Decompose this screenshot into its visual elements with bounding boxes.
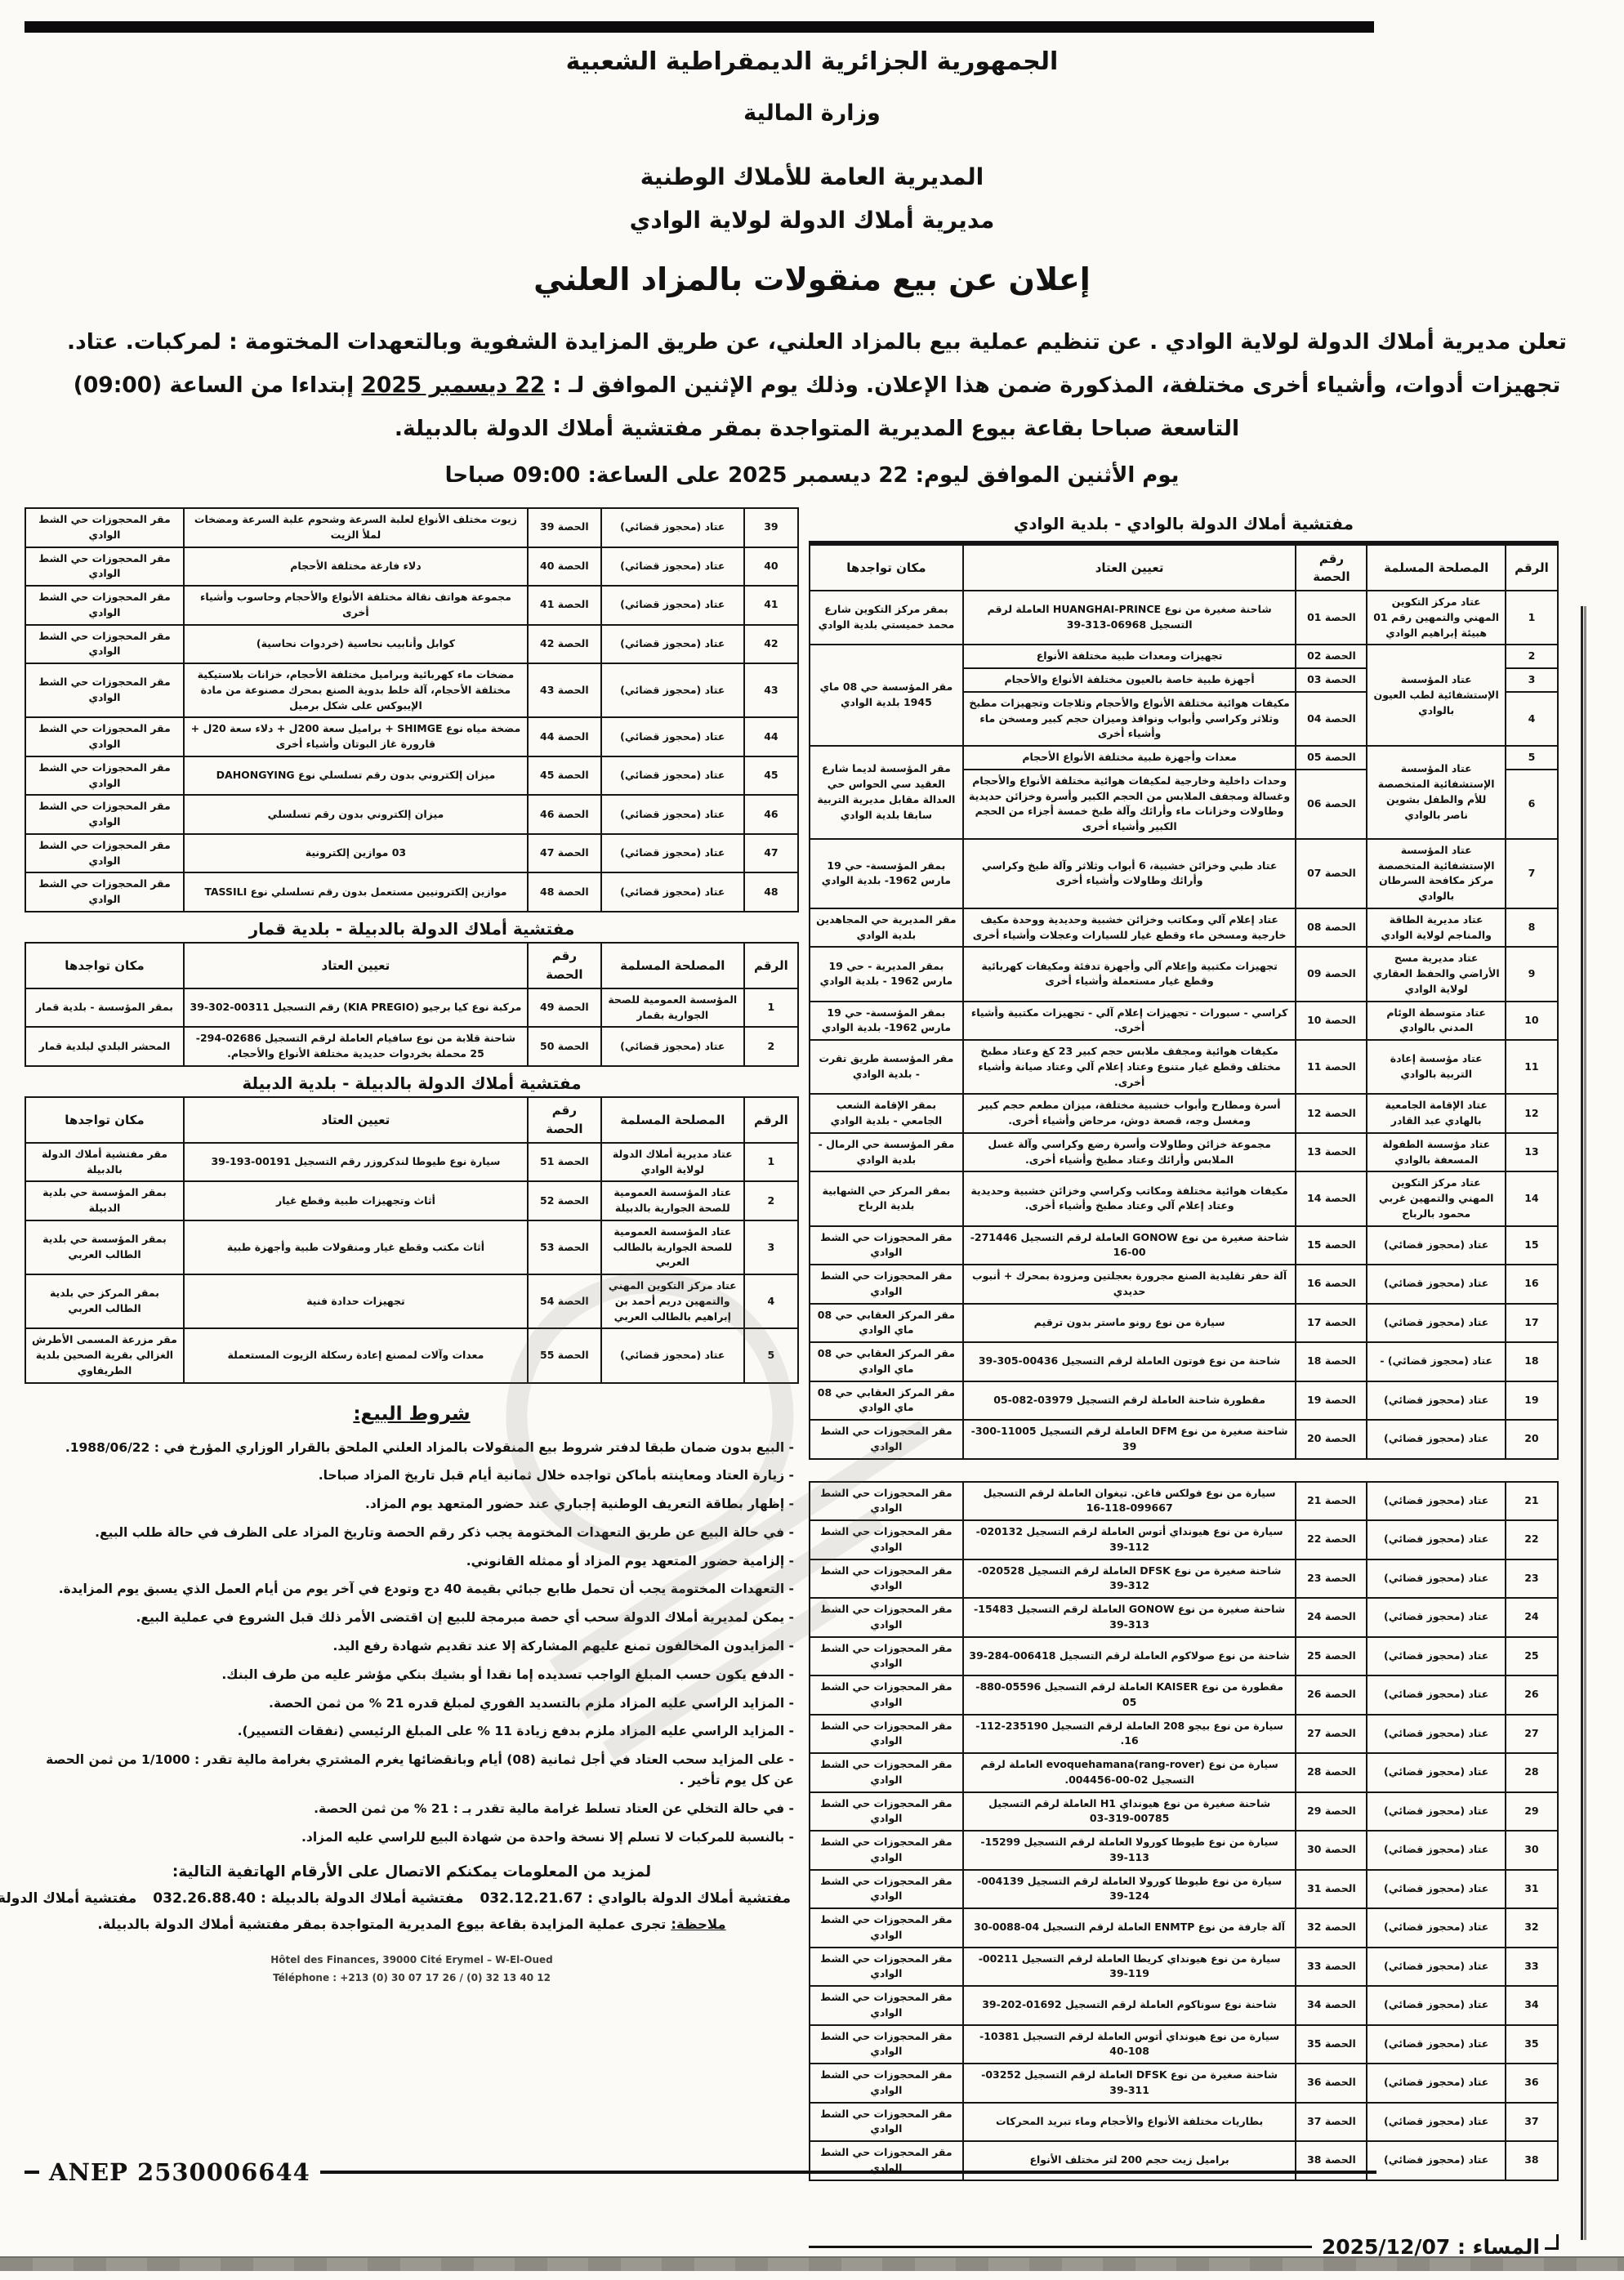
lot-number-cell: الحصة 04: [1296, 692, 1367, 746]
row-number: 44: [744, 717, 798, 756]
designation-cell: سيارة من نوع بيجو 208 العاملة لرقم التسج…: [963, 1715, 1296, 1754]
location-cell: مقر المحجوزات حي الشط الوادي: [25, 663, 184, 717]
column-header: تعيين العتاد: [184, 943, 528, 988]
lot-number-cell: الحصة 42: [528, 625, 601, 664]
address-line2: Téléphone : +213 (0) 30 07 17 26 / (0) 3…: [25, 1970, 799, 1988]
table-row: 41عتاد (محجوز قضائي)الحصة 41مجموعة هواتف…: [25, 586, 798, 625]
lot-number-cell: الحصة 21: [1296, 1482, 1367, 1521]
service-cell: عتاد المؤسسة الإستشفائية لطب العيون بالو…: [1367, 645, 1505, 746]
table-row: 45عتاد (محجوز قضائي)الحصة 45ميزان إلكترو…: [25, 756, 798, 796]
state-domains-line: مديرية أملاك الدولة لولاية الوادي: [0, 207, 1624, 234]
service-cell: عتاد مؤسسة الطفولة المسعفة بالوادي: [1367, 1133, 1505, 1172]
location-cell: بمقر المؤسسة حي بلدية الدبيلة: [25, 1181, 184, 1220]
row-number: 5: [744, 1328, 798, 1382]
table-row: 1عتاد مركز التكوين المهني والتمهين رقم 0…: [810, 591, 1558, 645]
lot-number-cell: الحصة 51: [528, 1143, 601, 1182]
service-cell: عتاد (محجوز قضائي): [1367, 2025, 1505, 2064]
designation-cell: مضخة مياه نوع SHIMGE + براميل سعة 200ل +…: [184, 717, 528, 756]
service-cell: عتاد (محجوز قضائي): [1367, 1637, 1505, 1676]
row-number: 13: [1506, 1133, 1558, 1172]
announcement-page: الجمهورية الجزائرية الديمقراطية الشعبية …: [0, 0, 1624, 2280]
location-cell: المحشر البلدي لبلدية قمار: [25, 1027, 184, 1066]
row-number: 3: [1506, 668, 1558, 692]
row-number: 11: [1506, 1040, 1558, 1094]
location-cell: بمقر المؤسسة حي بلدية الطالب العربي: [25, 1220, 184, 1274]
table-row: 24عتاد (محجوز قضائي)الحصة 24شاحنة صغيرة …: [810, 1598, 1558, 1637]
service-cell: عتاد (محجوز قضائي): [601, 547, 744, 587]
note-text: تجرى عملية المزايدة بقاعة بيوع المديرية …: [97, 1916, 666, 1932]
designation-cell: مكيفات هوائية مختلفة الأنواع والأحجام وث…: [963, 692, 1296, 746]
row-number: 19: [1506, 1381, 1558, 1421]
designation-cell: سيارة من نوع هيونداي أتوس العاملة لرقم ا…: [963, 1520, 1296, 1559]
designation-cell: شاحنة صغيرة من نوع DFSK العاملة لرقم الت…: [963, 1559, 1296, 1599]
address-line1: Hôtel des Finances, 39000 Cité Erymel – …: [25, 1952, 799, 1970]
table-row: 35عتاد (محجوز قضائي)الحصة 35سيارة من نوع…: [810, 2025, 1558, 2064]
designation-cell: تجهيزات مكتبية وإعلام آلي وأجهزة تدفئة و…: [963, 947, 1296, 1001]
location-cell: مقر المحجوزات حي الشط الوادي: [810, 1420, 963, 1459]
table-row: 2عتاد المؤسسة الإستشفائية لطب العيون بال…: [810, 645, 1558, 668]
lot-number-cell: الحصة 24: [1296, 1598, 1367, 1637]
location-cell: بمقر المؤسسة - بلدية قمار: [25, 988, 184, 1028]
designation-cell: موازين إلكترونيين مستعمل بدون رقم تسلسلي…: [184, 872, 528, 912]
designation-cell: سيارة من نوع فولكس فاغن. تيغوان العاملة …: [963, 1482, 1296, 1521]
designation-cell: أسرة ومطارح وأبواب خشبية مختلفة، ميزان م…: [963, 1094, 1296, 1133]
row-number: 34: [1506, 1986, 1558, 2025]
condition-item: زيارة العتاد ومعاينته بأماكن تواجده خلال…: [25, 1466, 794, 1486]
designation-cell: تجهيزات ومعدات طبية مختلفة الأنواع: [963, 645, 1296, 668]
table-row: 3عتاد المؤسسة العمومية للصحة الجوارية با…: [25, 1220, 798, 1274]
designation-cell: سيارة نوع طيوطا لندكروزر رقم التسجيل 001…: [184, 1143, 528, 1182]
designation-cell: كوابل وأنابيب نحاسية (خردوات نحاسية): [184, 625, 528, 664]
row-number: 32: [1506, 1908, 1558, 1948]
designation-cell: معدات وأجهزة طبية مختلفة الأنواع الأحجام: [963, 746, 1296, 770]
column-header: المصلحة المسلمة: [1367, 545, 1505, 591]
service-cell: عتاد (محجوز قضائي): [601, 663, 744, 717]
table-row: 33عتاد (محجوز قضائي)الحصة 33سيارة من نوع…: [810, 1948, 1558, 1987]
conditions-heading: شروط البيع:: [25, 1403, 799, 1425]
column-header: رقم الحصة: [528, 1097, 601, 1143]
lot-number-cell: الحصة 33: [1296, 1948, 1367, 1987]
lot-number-cell: الحصة 10: [1296, 1002, 1367, 1041]
left-column: 39عتاد (محجوز قضائي)الحصة 39زيوت مختلف ا…: [25, 507, 799, 1988]
row-number: 37: [1506, 2103, 1558, 2142]
table-row: 5عتاد المؤسسة الإستشفائية المتخصصة للأم …: [810, 746, 1558, 770]
lot-number-cell: الحصة 50: [528, 1027, 601, 1066]
table-row: 39عتاد (محجوز قضائي)الحصة 39زيوت مختلف ا…: [25, 508, 798, 547]
datestamp-line: [809, 2246, 1312, 2249]
address-block: Hôtel des Finances, 39000 Cité Erymel – …: [25, 1952, 799, 1987]
location-cell: مقر مفتشية أملاك الدولة بالدبيلة: [25, 1143, 184, 1182]
designation-cell: مقطورة شاحنة العاملة لرقم التسجيل 03979-…: [963, 1381, 1296, 1421]
location-cell: مقر المحجوزات حي الشط الوادي: [810, 1226, 963, 1265]
table-row: 31عتاد (محجوز قضائي)الحصة 31سيارة من نوع…: [810, 1870, 1558, 1909]
table-row: 13عتاد مؤسسة الطفولة المسعفة بالواديالحص…: [810, 1133, 1558, 1172]
ministry-line: وزارة المالية: [0, 100, 1624, 126]
guemar-section-title: مفتشية أملاك الدولة بالدبيلة - بلدية قما…: [25, 919, 799, 939]
row-number: 20: [1506, 1420, 1558, 1459]
lot-number-cell: الحصة 15: [1296, 1226, 1367, 1265]
table-gap: [809, 1460, 1559, 1481]
location-cell: مقر المحجوزات حي الشط الوادي: [25, 756, 184, 796]
column-header: مكان تواجدها: [810, 545, 963, 591]
intro-paragraph: تعلن مديرية أملاك الدولة لولاية الوادي .…: [57, 320, 1577, 450]
column-header: الرقم: [1506, 545, 1558, 591]
datestamp-text: المساء : 2025/12/07: [1322, 2235, 1540, 2259]
row-number: 26: [1506, 1675, 1558, 1715]
lot-number-cell: الحصة 30: [1296, 1831, 1367, 1870]
lot-number-cell: الحصة 02: [1296, 645, 1367, 668]
lot-number-cell: الحصة 49: [528, 988, 601, 1028]
lot-number-cell: الحصة 32: [1296, 1908, 1367, 1948]
designation-cell: مجموعة هواتف نقالة مختلفة الأنواع والأحج…: [184, 586, 528, 625]
anep-number: ANEP 2530006644: [49, 2158, 310, 2186]
table-row: 23عتاد (محجوز قضائي)الحصة 23شاحنة صغيرة …: [810, 1559, 1558, 1599]
lot-number-cell: الحصة 34: [1296, 1986, 1367, 2025]
oued-table-part2: 21عتاد (محجوز قضائي)الحصة 21سيارة من نوع…: [809, 1481, 1559, 2181]
condition-item: التعهدات المختومة يجب أن تحمل طابع جبائي…: [25, 1579, 794, 1600]
location-cell: بمقر المديرية - حي 19 مارس 1962 - بلدية …: [810, 947, 963, 1001]
service-cell: عتاد (محجوز قضائي) -: [1367, 1342, 1505, 1381]
service-cell: عتاد مديرية أملاك الدولة لولاية الوادي: [601, 1143, 744, 1182]
designation-cell: سيارة من نوع هيونداي أتوس العاملة لرقم ا…: [963, 2025, 1296, 2064]
lot-number-cell: الحصة 45: [528, 756, 601, 796]
row-number: 3: [744, 1220, 798, 1274]
condition-item: يمكن لمديرية أملاك الدولة سحب أي حصة مبر…: [25, 1608, 794, 1628]
table-row: 1عتاد مديرية أملاك الدولة لولاية الواديا…: [25, 1143, 798, 1182]
lot-number-cell: الحصة 16: [1296, 1265, 1367, 1304]
right-column: مفتشية أملاك الدولة بالوادي - بلدية الوا…: [809, 507, 1559, 2181]
location-cell: مقر المحجوزات حي الشط الوادي: [810, 1831, 963, 1870]
location-cell: مقر المحجوزات حي الشط الوادي: [810, 1948, 963, 1987]
table-row: 2عتاد (محجوز قضائي)الحصة 50شاحنة قلابة م…: [25, 1027, 798, 1066]
row-number: 21: [1506, 1482, 1558, 1521]
service-cell: عتاد (محجوز قضائي): [601, 756, 744, 796]
lot-number-cell: الحصة 27: [1296, 1715, 1367, 1754]
service-cell: عتاد (محجوز قضائي): [601, 508, 744, 547]
phone-entry: مفتشية أملاك الدولة بالوادي : 032.12.21.…: [480, 1890, 791, 1907]
location-cell: مقر المحجوزات حي الشط الوادي: [25, 834, 184, 873]
phone-entry: مفتشية أملاك الدولة بقمار: 032 23.41.98: [0, 1890, 136, 1907]
designation-cell: آلة حفر تقليدية الصنع مجرورة بعجلتين ومز…: [963, 1265, 1296, 1304]
designation-cell: تجهيزات حدادة فنية: [184, 1274, 528, 1328]
table-row: 19عتاد (محجوز قضائي)الحصة 19مقطورة شاحنة…: [810, 1381, 1558, 1421]
service-cell: عتاد (محجوز قضائي): [601, 1027, 744, 1066]
location-cell: مقر المؤسسة حي 08 ماي 1945 بلدية الوادي: [810, 645, 963, 746]
row-number: 42: [744, 625, 798, 664]
designation-cell: ميزان إلكتروني بدون رقم تسلسلي نوع DAHON…: [184, 756, 528, 796]
row-number: 40: [744, 547, 798, 587]
lot-number-cell: الحصة 14: [1296, 1171, 1367, 1225]
designation-cell: عتاد إعلام آلي ومكاتب وخزائن خشبية وحديد…: [963, 908, 1296, 948]
row-number: 45: [744, 756, 798, 796]
row-number: 7: [1506, 839, 1558, 908]
location-cell: بمقر المركز حي بلدية الطالب العربي: [25, 1274, 184, 1328]
top-scan-bar: [25, 21, 1374, 33]
lot-number-cell: الحصة 05: [1296, 746, 1367, 770]
location-cell: مقر المحجوزات حي الشط الوادي: [810, 1675, 963, 1715]
location-cell: مقر المديرية حي المجاهدين بلدية الوادي: [810, 908, 963, 948]
lot-number-cell: الحصة 39: [528, 508, 601, 547]
row-number: 35: [1506, 2025, 1558, 2064]
service-cell: عتاد مؤسسة إعادة التربية بالوادي: [1367, 1040, 1505, 1094]
lot-number-cell: الحصة 13: [1296, 1133, 1367, 1172]
designation-cell: وحدات داخلية وخارجية لمكيفات هوائية مختل…: [963, 770, 1296, 839]
row-number: 1: [744, 988, 798, 1028]
lot-number-cell: الحصة 18: [1296, 1342, 1367, 1381]
location-cell: مقر المحجوزات حي الشط الوادي: [810, 1265, 963, 1304]
lot-number-cell: الحصة 44: [528, 717, 601, 756]
row-number: 1: [1506, 591, 1558, 645]
anep-line: [320, 2171, 1376, 2174]
table-row: 44عتاد (محجوز قضائي)الحصة 44مضخة مياه نو…: [25, 717, 798, 756]
condition-item: المزايدون المخالفون تمنع عليهم المشاركة …: [25, 1636, 794, 1657]
row-number: 6: [1506, 770, 1558, 839]
location-cell: مقر المحجوزات حي الشط الوادي: [25, 586, 184, 625]
service-cell: عتاد (محجوز قضائي): [1367, 1908, 1505, 1948]
table-row: 30عتاد (محجوز قضائي)الحصة 30سيارة من نوع…: [810, 1831, 1558, 1870]
auction-date-underlined: 22 ديسمبر 2025: [361, 373, 545, 398]
service-cell: عتاد (محجوز قضائي): [1367, 1226, 1505, 1265]
designation-cell: سيارة من نوع هيونداي كريطا العاملة لرقم …: [963, 1948, 1296, 1987]
row-number: 36: [1506, 2064, 1558, 2103]
service-cell: عتاد المؤسسة العمومية للصحة الجوارية بال…: [601, 1181, 744, 1220]
service-cell: عتاد (محجوز قضائي): [1367, 1675, 1505, 1715]
condition-item: إظهار بطاقة التعريف الوطنية إجباري عند ح…: [25, 1494, 794, 1515]
designation-cell: شاحنة من نوع صولاكوم العاملة لرقم التسجي…: [963, 1637, 1296, 1676]
debila-table: الرقمالمصلحة المسلمةرقم الحصةتعيين العتا…: [25, 1096, 799, 1384]
service-cell: عتاد (محجوز قضائي): [1367, 2064, 1505, 2103]
service-cell: عتاد متوسطة الوئام المدني بالوادي: [1367, 1002, 1505, 1041]
designation-cell: مكيفات هوائية مختلفة ومكاتب وكراسي وخزائ…: [963, 1171, 1296, 1225]
lot-number-cell: الحصة 26: [1296, 1675, 1367, 1715]
location-cell: مقر المحجوزات حي الشط الوادي: [25, 508, 184, 547]
service-cell: عتاد (محجوز قضائي): [1367, 1870, 1505, 1909]
condition-item: بالنسبة للمركبات لا تسلم إلا نسخة واحدة …: [25, 1827, 794, 1848]
designation-cell: شاحنة صغيرة من نوع هيونداي H1 العاملة لر…: [963, 1792, 1296, 1832]
row-number: 33: [1506, 1948, 1558, 1987]
table-row: 14عتاد مركز التكوين المهني والتمهين غربي…: [810, 1171, 1558, 1225]
row-number: 29: [1506, 1792, 1558, 1832]
location-cell: مقر مزرعة المسمى الأطرش الغزالي بقرية ال…: [25, 1328, 184, 1382]
location-cell: مقر المحجوزات حي الشط الوادي: [810, 1986, 963, 2025]
designation-cell: مقطورة من نوع KAISER العاملة لرقم التسجي…: [963, 1675, 1296, 1715]
column-header: تعيين العتاد: [184, 1097, 528, 1143]
table-row: 32عتاد (محجوز قضائي)الحصة 32آلة جارفة من…: [810, 1908, 1558, 1948]
designation-cell: شاحنة صغيرة من نوع GONOW العاملة لرقم ال…: [963, 1226, 1296, 1265]
row-number: 1: [744, 1143, 798, 1182]
designation-cell: شاحنة صغيرة من نوع GONOW العاملة لرقم ال…: [963, 1598, 1296, 1637]
lot-number-cell: الحصة 11: [1296, 1040, 1367, 1094]
debila-section-title: مفتشية أملاك الدولة بالدبيلة - بلدية الد…: [25, 1073, 799, 1093]
location-cell: بمقر المؤسسة- حي 19 مارس 1962- بلدية الو…: [810, 1002, 963, 1041]
lot-number-cell: الحصة 03: [1296, 668, 1367, 692]
condition-item: في حالة التخلي عن العتاد تسلط غرامة مالي…: [25, 1799, 794, 1819]
condition-item: الدفع يكون حسب المبلغ الواجب تسديده إما …: [25, 1665, 794, 1685]
lot-number-cell: الحصة 47: [528, 834, 601, 873]
lot-number-cell: الحصة 46: [528, 795, 601, 834]
service-cell: عتاد (محجوز قضائي): [1367, 1559, 1505, 1599]
column-header: الرقم: [744, 1097, 798, 1143]
table-row: 48عتاد (محجوز قضائي)الحصة 48موازين إلكتر…: [25, 872, 798, 912]
service-cell: عتاد (محجوز قضائي): [601, 1328, 744, 1382]
service-cell: عتاد (محجوز قضائي): [1367, 1792, 1505, 1832]
designation-cell: آلة جارفة من نوع ENMTP العاملة لرقم التس…: [963, 1908, 1296, 1948]
designation-cell: بطاريات مختلفة الأنواع والأحجام وماء تبر…: [963, 2103, 1296, 2142]
designation-cell: ميزان إلكتروني بدون رقم تسلسلي: [184, 795, 528, 834]
condition-item: المزايد الراسي عليه المزاد ملزم بالتسديد…: [25, 1693, 794, 1714]
service-cell: عتاد (محجوز قضائي): [1367, 1265, 1505, 1304]
table-row: 37عتاد (محجوز قضائي)الحصة 37بطاريات مختل…: [810, 2103, 1558, 2142]
note-line: ملاحظة:تجرى عملية المزايدة بقاعة بيوع ال…: [25, 1916, 799, 1932]
table-row: 25عتاد (محجوز قضائي)الحصة 25شاحنة من نوع…: [810, 1637, 1558, 1676]
two-column-layout: 39عتاد (محجوز قضائي)الحصة 39زيوت مختلف ا…: [0, 507, 1624, 2181]
condition-item: في حالة البيع عن طريق التعهدات المختومة …: [25, 1523, 794, 1543]
table-row: 15عتاد (محجوز قضائي)الحصة 15شاحنة صغيرة …: [810, 1226, 1558, 1265]
column-header: مكان تواجدها: [25, 943, 184, 988]
table-header-row: الرقمالمصلحة المسلمةرقم الحصةتعيين العتا…: [25, 1097, 798, 1143]
lot-number-cell: الحصة 07: [1296, 839, 1367, 908]
service-cell: عتاد (محجوز قضائي): [1367, 1986, 1505, 2025]
condition-item: على المزايد سحب العتاد في أجل ثمانية (08…: [25, 1750, 794, 1791]
location-cell: مقر المحجوزات حي الشط الوادي: [810, 1559, 963, 1599]
row-number: 2: [744, 1181, 798, 1220]
lot-number-cell: الحصة 35: [1296, 2025, 1367, 2064]
column-header: مكان تواجدها: [25, 1097, 184, 1143]
table-row: 11عتاد مؤسسة إعادة التربية بالواديالحصة …: [810, 1040, 1558, 1094]
lot-number-cell: الحصة 43: [528, 663, 601, 717]
location-cell: مقر المحجوزات حي الشط الوادي: [25, 872, 184, 912]
lot-number-cell: الحصة 22: [1296, 1520, 1367, 1559]
datestamp-hook: [1545, 2234, 1559, 2250]
row-number: 2: [744, 1027, 798, 1066]
lot-number-cell: الحصة 29: [1296, 1792, 1367, 1832]
location-cell: مقر المحجوزات حي الشط الوادي: [810, 2103, 963, 2142]
guemar-table: الرقمالمصلحة المسلمةرقم الحصةتعيين العتا…: [25, 942, 799, 1067]
designation-cell: 03 موازين إلكترونية: [184, 834, 528, 873]
contact-heading: لمزيد من المعلومات يمكنكم الاتصال على ال…: [25, 1863, 799, 1881]
table-row: 28عتاد (محجوز قضائي)الحصة 28سيارة من نوع…: [810, 1753, 1558, 1792]
service-cell: عتاد (محجوز قضائي): [601, 834, 744, 873]
row-number: 18: [1506, 1342, 1558, 1381]
column-header: رقم الحصة: [1296, 545, 1367, 591]
service-cell: عتاد (محجوز قضائي): [1367, 2141, 1505, 2180]
service-cell: عتاد (محجوز قضائي): [601, 717, 744, 756]
table-row: 10عتاد متوسطة الوئام المدني بالواديالحصة…: [810, 1002, 1558, 1041]
location-cell: مقر المحجوزات حي الشط الوادي: [810, 1870, 963, 1909]
row-number: 12: [1506, 1094, 1558, 1133]
directorate-general-line: المديرية العامة للأملاك الوطنية: [0, 163, 1624, 190]
designation-cell: أثاث مكتب وقطع غيار ومنقولات طبية وأجهزة…: [184, 1220, 528, 1274]
designation-cell: شاحنة قلابة من نوع سافيام العاملة لرقم ا…: [184, 1027, 528, 1066]
row-number: 4: [744, 1274, 798, 1328]
row-number: 27: [1506, 1715, 1558, 1754]
table-row: 2عتاد المؤسسة العمومية للصحة الجوارية با…: [25, 1181, 798, 1220]
service-cell: عتاد مركز التكوين المهني والتمهين غربي م…: [1367, 1171, 1505, 1225]
row-number: 15: [1506, 1226, 1558, 1265]
location-cell: مقر المحجوزات حي الشط الوادي: [810, 1520, 963, 1559]
designation-cell: مكيفات هوائية ومجفف ملابس حجم كبير 23 كغ…: [963, 1040, 1296, 1094]
note-label: ملاحظة:: [671, 1916, 725, 1932]
column-header: المصلحة المسلمة: [601, 1097, 744, 1143]
location-cell: مقر المحجوزات حي الشط الوادي: [810, 1598, 963, 1637]
service-cell: عتاد (محجوز قضائي): [601, 586, 744, 625]
location-cell: مقر المحجوزات حي الشط الوادي: [25, 795, 184, 834]
service-cell: عتاد (محجوز قضائي): [601, 872, 744, 912]
lot-number-cell: الحصة 23: [1296, 1559, 1367, 1599]
republic-line: الجمهورية الجزائرية الديمقراطية الشعبية: [0, 47, 1624, 76]
oued-table-continued: 39عتاد (محجوز قضائي)الحصة 39زيوت مختلف ا…: [25, 507, 799, 912]
column-header: المصلحة المسلمة: [601, 943, 744, 988]
service-cell: المؤسسة العمومية للصحة الجوارية بقمار: [601, 988, 744, 1028]
table-row: 21عتاد (محجوز قضائي)الحصة 21سيارة من نوع…: [810, 1482, 1558, 1521]
row-number: 48: [744, 872, 798, 912]
designation-cell: مجموعة خزائن وطاولات وأسرة رضع وكراسي وآ…: [963, 1133, 1296, 1172]
lot-number-cell: الحصة 54: [528, 1274, 601, 1328]
announcement-title: إعلان عن بيع منقولات بالمزاد العلني: [0, 261, 1624, 297]
table-row: 36عتاد (محجوز قضائي)الحصة 36شاحنة صغيرة …: [810, 2064, 1558, 2103]
row-number: 16: [1506, 1265, 1558, 1304]
row-number: 4: [1506, 692, 1558, 746]
row-number: 31: [1506, 1870, 1558, 1909]
location-cell: مقر المحجوزات حي الشط الوادي: [810, 1715, 963, 1754]
location-cell: مقر المحجوزات حي الشط الوادي: [810, 1792, 963, 1832]
designation-cell: أجهزة طبية خاصة بالعيون مختلفة الأنواع و…: [963, 668, 1296, 692]
lot-number-cell: الحصة 48: [528, 872, 601, 912]
service-cell: عتاد (محجوز قضائي): [1367, 1598, 1505, 1637]
location-cell: مقر المركز العقابي حي 08 ماي الوادي: [810, 1304, 963, 1343]
table-row: 18عتاد (محجوز قضائي) -الحصة 18شاحنة من ن…: [810, 1342, 1558, 1381]
row-number: 47: [744, 834, 798, 873]
location-cell: مقر المؤسسة حي الرمال - بلدية الوادي: [810, 1133, 963, 1172]
row-number: 5: [1506, 746, 1558, 770]
condition-item: البيع بدون ضمان طبقا لدفتر شروط بيع المن…: [25, 1438, 794, 1458]
designation-cell: زيوت مختلف الأنواع لعلبة السرعة وشحوم عل…: [184, 508, 528, 547]
designation-cell: شاحنة صغيرة من نوع HUANGHAI-PRINCE العام…: [963, 591, 1296, 645]
location-cell: مقر المحجوزات حي الشط الوادي: [810, 1637, 963, 1676]
designation-cell: شاحنة من نوع فوتون العاملة لرقم التسجيل …: [963, 1342, 1296, 1381]
row-number: 41: [744, 586, 798, 625]
lot-number-cell: الحصة 41: [528, 586, 601, 625]
table-row: 22عتاد (محجوز قضائي)الحصة 22سيارة من نوع…: [810, 1520, 1558, 1559]
oued-table-part1: الرقمالمصلحة المسلمةرقم الحصةتعيين العتا…: [809, 544, 1559, 1460]
service-cell: عتاد الإقامة الجامعية بالهادي عبد القادر: [1367, 1094, 1505, 1133]
lot-number-cell: الحصة 36: [1296, 2064, 1367, 2103]
header-block: الجمهورية الجزائرية الديمقراطية الشعبية …: [0, 0, 1624, 297]
table-row: 12عتاد الإقامة الجامعية بالهادي عبد القا…: [810, 1094, 1558, 1133]
location-cell: مقر المركز العقابي حي 08 ماي الوادي: [810, 1381, 963, 1421]
location-cell: مقر المركز العقابي حي 08 ماي الوادي: [810, 1342, 963, 1381]
row-number: 22: [1506, 1520, 1558, 1559]
row-number: 14: [1506, 1171, 1558, 1225]
column-header: رقم الحصة: [528, 943, 601, 988]
service-cell: عتاد (محجوز قضائي): [1367, 1520, 1505, 1559]
table-row: 4عتاد مركز التكوين المهني والتمهين دريم …: [25, 1274, 798, 1328]
designation-cell: شاحنة نوع سوناكوم العاملة لرقم التسجيل 0…: [963, 1986, 1296, 2025]
service-cell: عتاد المؤسسة الإستشفائية المتخصصة للأم و…: [1367, 746, 1505, 839]
row-number: 23: [1506, 1559, 1558, 1599]
service-cell: عتاد (محجوز قضائي): [1367, 1482, 1505, 1521]
lot-number-cell: الحصة 53: [528, 1220, 601, 1274]
service-cell: عتاد (محجوز قضائي): [1367, 1753, 1505, 1792]
location-cell: بمقر الإقامة الشعب الجامعي - بلدية الواد…: [810, 1094, 963, 1133]
table-row: 17عتاد (محجوز قضائي)الحصة 17سيارة من نوع…: [810, 1304, 1558, 1343]
row-number: 8: [1506, 908, 1558, 948]
location-cell: مقر المحجوزات حي الشط الوادي: [25, 717, 184, 756]
location-cell: مقر المحجوزات حي الشط الوادي: [25, 625, 184, 664]
table-row: 5عتاد (محجوز قضائي)الحصة 55معدات وآلات ل…: [25, 1328, 798, 1382]
location-cell: مقر المحجوزات حي الشط الوادي: [810, 2064, 963, 2103]
lot-number-cell: الحصة 17: [1296, 1304, 1367, 1343]
